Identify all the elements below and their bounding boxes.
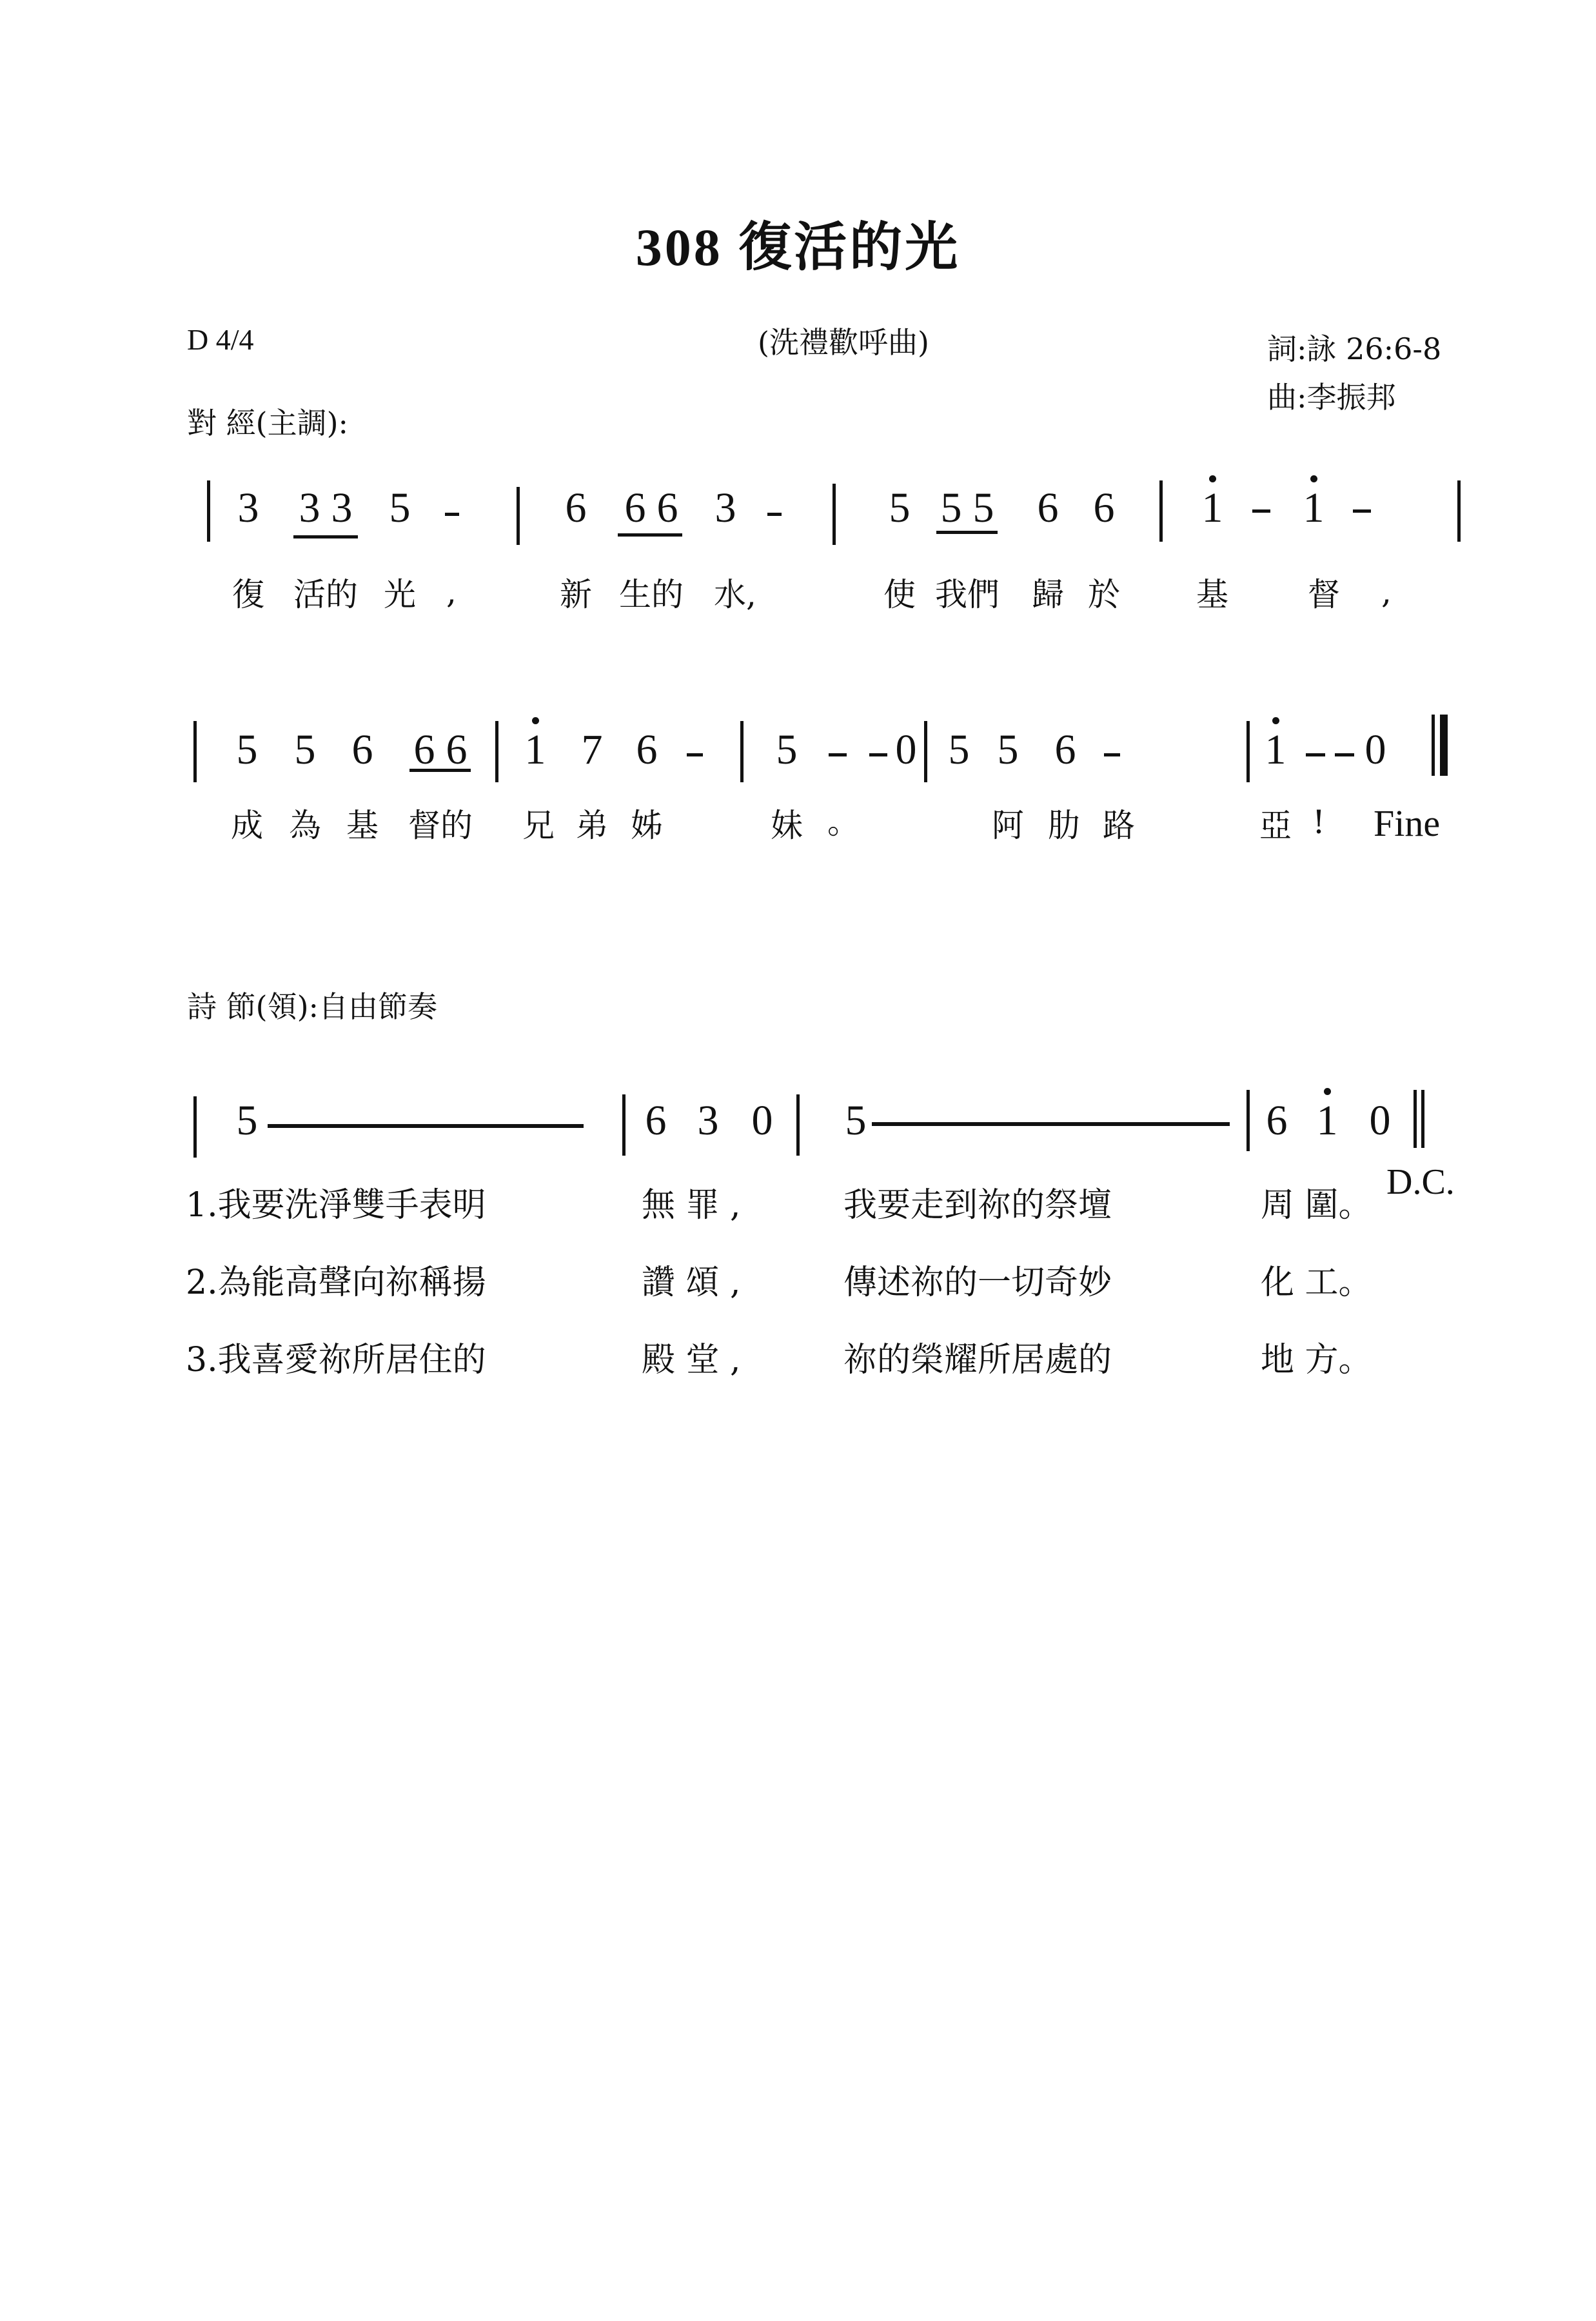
lyric: 阿 (992, 809, 1024, 842)
eighth-underline (936, 531, 998, 534)
note: 3 (331, 487, 353, 529)
octave-dot (1310, 475, 1317, 482)
hold-dash (1335, 753, 1354, 756)
hold-line (872, 1122, 1230, 1126)
hold-dash (767, 513, 782, 516)
lyric: 光 (384, 578, 416, 611)
fine-marking: Fine (1374, 805, 1440, 842)
eighth-underline (618, 533, 682, 537)
lyric: 亞 (1259, 809, 1292, 842)
barline (517, 487, 520, 545)
barline (832, 484, 836, 545)
lyric: 成 (231, 809, 263, 842)
music-credit: 曲:李振邦 (1267, 374, 1396, 417)
note: 5 (295, 729, 316, 771)
final-barline-thin (1414, 1090, 1417, 1148)
hold-dash (1252, 509, 1270, 513)
verses-label: 詩 節(領):自由節奏 (187, 983, 437, 1026)
note: 5 (949, 729, 970, 771)
note: 3 (715, 487, 736, 529)
subtitle: (洗禮歡呼曲) (758, 319, 929, 362)
key-time-signature: D 4/4 (187, 322, 254, 357)
note: 6 (1266, 1100, 1288, 1142)
eighth-underline (409, 769, 471, 772)
note: 5 (776, 729, 798, 771)
lyric: 歸 (1032, 578, 1064, 611)
lyric: 活的 (293, 578, 358, 611)
lyric: 督的 (408, 809, 473, 842)
note: 0 (1365, 729, 1386, 771)
note: 6 (352, 729, 373, 771)
note: 7 (582, 729, 603, 771)
barline (1457, 480, 1461, 542)
barline (622, 1094, 626, 1156)
lyric: 妹 (771, 809, 803, 842)
note: 6 (1055, 729, 1076, 771)
lyric: 姊 (631, 809, 663, 842)
note-high: 1 (1265, 729, 1286, 771)
note: 0 (1370, 1100, 1391, 1142)
lyric: 復 (232, 578, 264, 611)
verse-text-part1: 2.為能高聲向祢稱揚 (186, 1266, 486, 1299)
lyric: 。 (827, 806, 860, 838)
hold-dash (687, 753, 703, 756)
final-barline-thick (1440, 715, 1448, 776)
barline (1246, 721, 1250, 782)
lyric: 新 (560, 578, 592, 611)
lyric: 為 (289, 809, 321, 842)
page-title: 308 復活的光 (0, 205, 1596, 281)
lyric: 於 (1088, 578, 1120, 611)
verse-text-part3: 傳述祢的一切奇妙 (843, 1266, 1112, 1299)
note: 6 (645, 1100, 667, 1142)
lyric: 肋 (1048, 809, 1080, 842)
hold-dash (869, 753, 887, 756)
barline (1246, 1090, 1250, 1151)
barline (740, 721, 744, 782)
lyric: , (446, 576, 457, 608)
lyric: 我們 (935, 578, 1000, 611)
barline (193, 721, 197, 782)
lyric: 基 (1196, 578, 1228, 611)
barline (207, 480, 210, 542)
verse-text-part2: 無 罪 , (642, 1189, 741, 1222)
note: 5 (998, 729, 1019, 771)
lyric: , (1381, 576, 1392, 608)
note: 6 (636, 729, 658, 771)
note: 5 (237, 1100, 258, 1142)
note: 6 (625, 487, 646, 529)
note: 6 (1038, 487, 1059, 529)
hold-dash (445, 513, 459, 516)
note: 3 (238, 487, 259, 529)
hold-dash (829, 753, 847, 756)
barline (495, 721, 498, 782)
barline (193, 1096, 197, 1158)
lyric: 路 (1103, 809, 1135, 842)
octave-dot (1209, 475, 1216, 482)
note: 3 (299, 487, 320, 529)
note: 0 (752, 1100, 773, 1142)
hold-dash (1306, 753, 1325, 756)
verse-text-part2: 讚 頌 , (642, 1266, 741, 1299)
octave-dot (1324, 1088, 1331, 1095)
verse-text-part3: 我要走到祢的祭壇 (843, 1189, 1112, 1222)
note-high: 1 (1303, 487, 1325, 529)
verse-text-part2: 殿 堂 , (642, 1343, 741, 1377)
verse-text-part4: 地 方。 (1261, 1343, 1372, 1377)
lyric: 水, (714, 578, 756, 611)
hold-dash (1104, 753, 1120, 756)
lyric: 基 (346, 809, 379, 842)
verse-text-part1: 1.我要洗淨雙手表明 (186, 1189, 486, 1222)
barline (1159, 480, 1163, 542)
verse-text-part3: 祢的榮耀所居處的 (843, 1343, 1112, 1377)
note: 5 (941, 487, 962, 529)
barline (796, 1094, 800, 1156)
lyrics-credit: 詞:詠 26:6-8 (1267, 326, 1441, 368)
note-high: 1 (525, 729, 546, 771)
barline (924, 721, 927, 782)
note: 5 (973, 487, 994, 529)
lyric: 生的 (619, 578, 684, 611)
note: 6 (566, 487, 587, 529)
refrain-label: 對 經(主調): (187, 400, 348, 442)
lyric: ! (1312, 806, 1325, 838)
verse-text-part4: 周 圍。 (1261, 1189, 1372, 1222)
hold-dash (1353, 509, 1371, 513)
note: 3 (698, 1100, 719, 1142)
lyric: 督 (1308, 578, 1340, 611)
note-high: 1 (1202, 487, 1223, 529)
note: 6 (414, 729, 435, 771)
note: 0 (896, 729, 917, 771)
lyric: 兄 (522, 809, 555, 842)
verse-text-part1: 3.我喜愛祢所居住的 (186, 1343, 486, 1377)
final-barline-thin (1432, 715, 1435, 776)
octave-dot (532, 717, 539, 724)
note: 5 (389, 487, 411, 529)
note: 6 (1094, 487, 1115, 529)
eighth-underline (293, 535, 358, 538)
note: 6 (657, 487, 678, 529)
hold-line (268, 1124, 584, 1128)
lyric: 弟 (576, 809, 608, 842)
note: 6 (446, 729, 468, 771)
final-barline-thin-2 (1421, 1090, 1424, 1148)
verse-text-part4: 化 工。 (1261, 1266, 1372, 1299)
note: 5 (845, 1100, 867, 1142)
note: 5 (237, 729, 258, 771)
octave-dot (1272, 717, 1279, 724)
dc-marking: D.C. (1386, 1164, 1455, 1200)
note-high: 1 (1317, 1100, 1338, 1142)
lyric: 使 (883, 578, 916, 611)
note: 5 (889, 487, 911, 529)
